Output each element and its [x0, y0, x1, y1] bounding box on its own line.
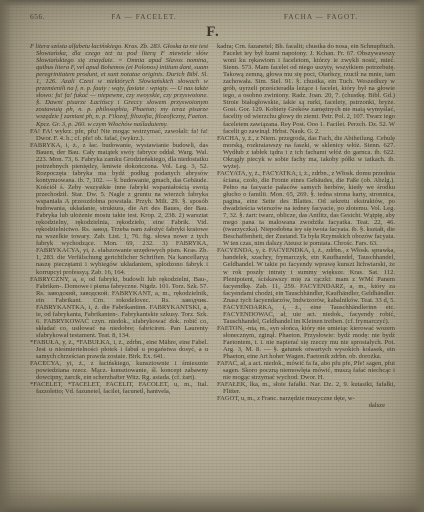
dictionary-entry: FACYATA, y, ż., FACYATKA, i, ż., zdrbn.,…	[217, 170, 395, 248]
dictionary-page: 656. FA — FACELET. FACHA — FAGOT. F. F l…	[30, 12, 396, 504]
dictionary-entry: FACHA, y, ż., z Niem. przegroda, das Fac…	[217, 135, 395, 170]
running-head-right: FACHA — FAGOT.	[246, 13, 396, 21]
catchword: dalsze	[217, 402, 395, 409]
dictionary-entry: F litera szósta alfabetu łacińskiego. Kr…	[30, 43, 208, 128]
dictionary-entry: kadra; Crn. fazanetel; Bh. facalit; chus…	[217, 43, 395, 135]
section-letter: F.	[30, 24, 396, 40]
text-columns: F litera szósta alfabetu łacińskiego. Kr…	[30, 43, 396, 409]
dictionary-entry: FAGOT, u, m., z Franc. narzędzie muzyczn…	[217, 395, 395, 402]
right-column: kadra; Crn. fazanetel; Bh. facalit; chus…	[217, 43, 395, 409]
scan-edge-top	[0, 0, 424, 7]
dictionary-entry: FAFAĆ, ał, a act. niedok., mówić fa fa, …	[217, 360, 395, 381]
dictionary-entry: FABRYKA, i, ż., z łac. budowanie, wystaw…	[30, 142, 208, 276]
scan-edge-right	[414, 0, 424, 512]
dictionary-entry: *FABUŁA, y, ż., *FABUŁKA, i, ż., zdrbn.,…	[30, 339, 208, 360]
running-head-left: FA — FACELET.	[74, 13, 214, 21]
scanned-page-background: 656. FA — FACELET. FACHA — FAGOT. F. F l…	[0, 0, 424, 512]
dictionary-entry: FA! FA! wykrz. pfe, pfu! Nie mogąc wstrz…	[30, 128, 208, 142]
dictionary-entry: FACECYA, yi, ż., z łacińskiego, kunsztow…	[30, 360, 208, 381]
left-column: F litera szósta alfabetu łacińskiego. Kr…	[30, 43, 208, 409]
dictionary-entry: FACYENDA, y, ż. FACYENDKA, i, ż., zdrbn.…	[217, 247, 395, 325]
dictionary-entry: FAETON, -nta, m., syn słońca, który nie …	[217, 325, 395, 360]
scan-edge-bottom	[0, 490, 424, 512]
dictionary-entry: FAFAŁEK, łka, m., słoie fafałki. Nar. Dz…	[217, 381, 395, 395]
running-head: 656. FA — FACELET. FACHA — FAGOT.	[30, 12, 396, 22]
page-number: 656.	[30, 12, 74, 21]
scan-edge-left	[0, 0, 12, 512]
dictionary-entry: FABRYCZNY, a, e, od fabryki, budowli lub…	[30, 276, 208, 339]
dictionary-entry: *FACELET, *TACELET, FACELIT, FACOLET, u,…	[30, 381, 208, 395]
